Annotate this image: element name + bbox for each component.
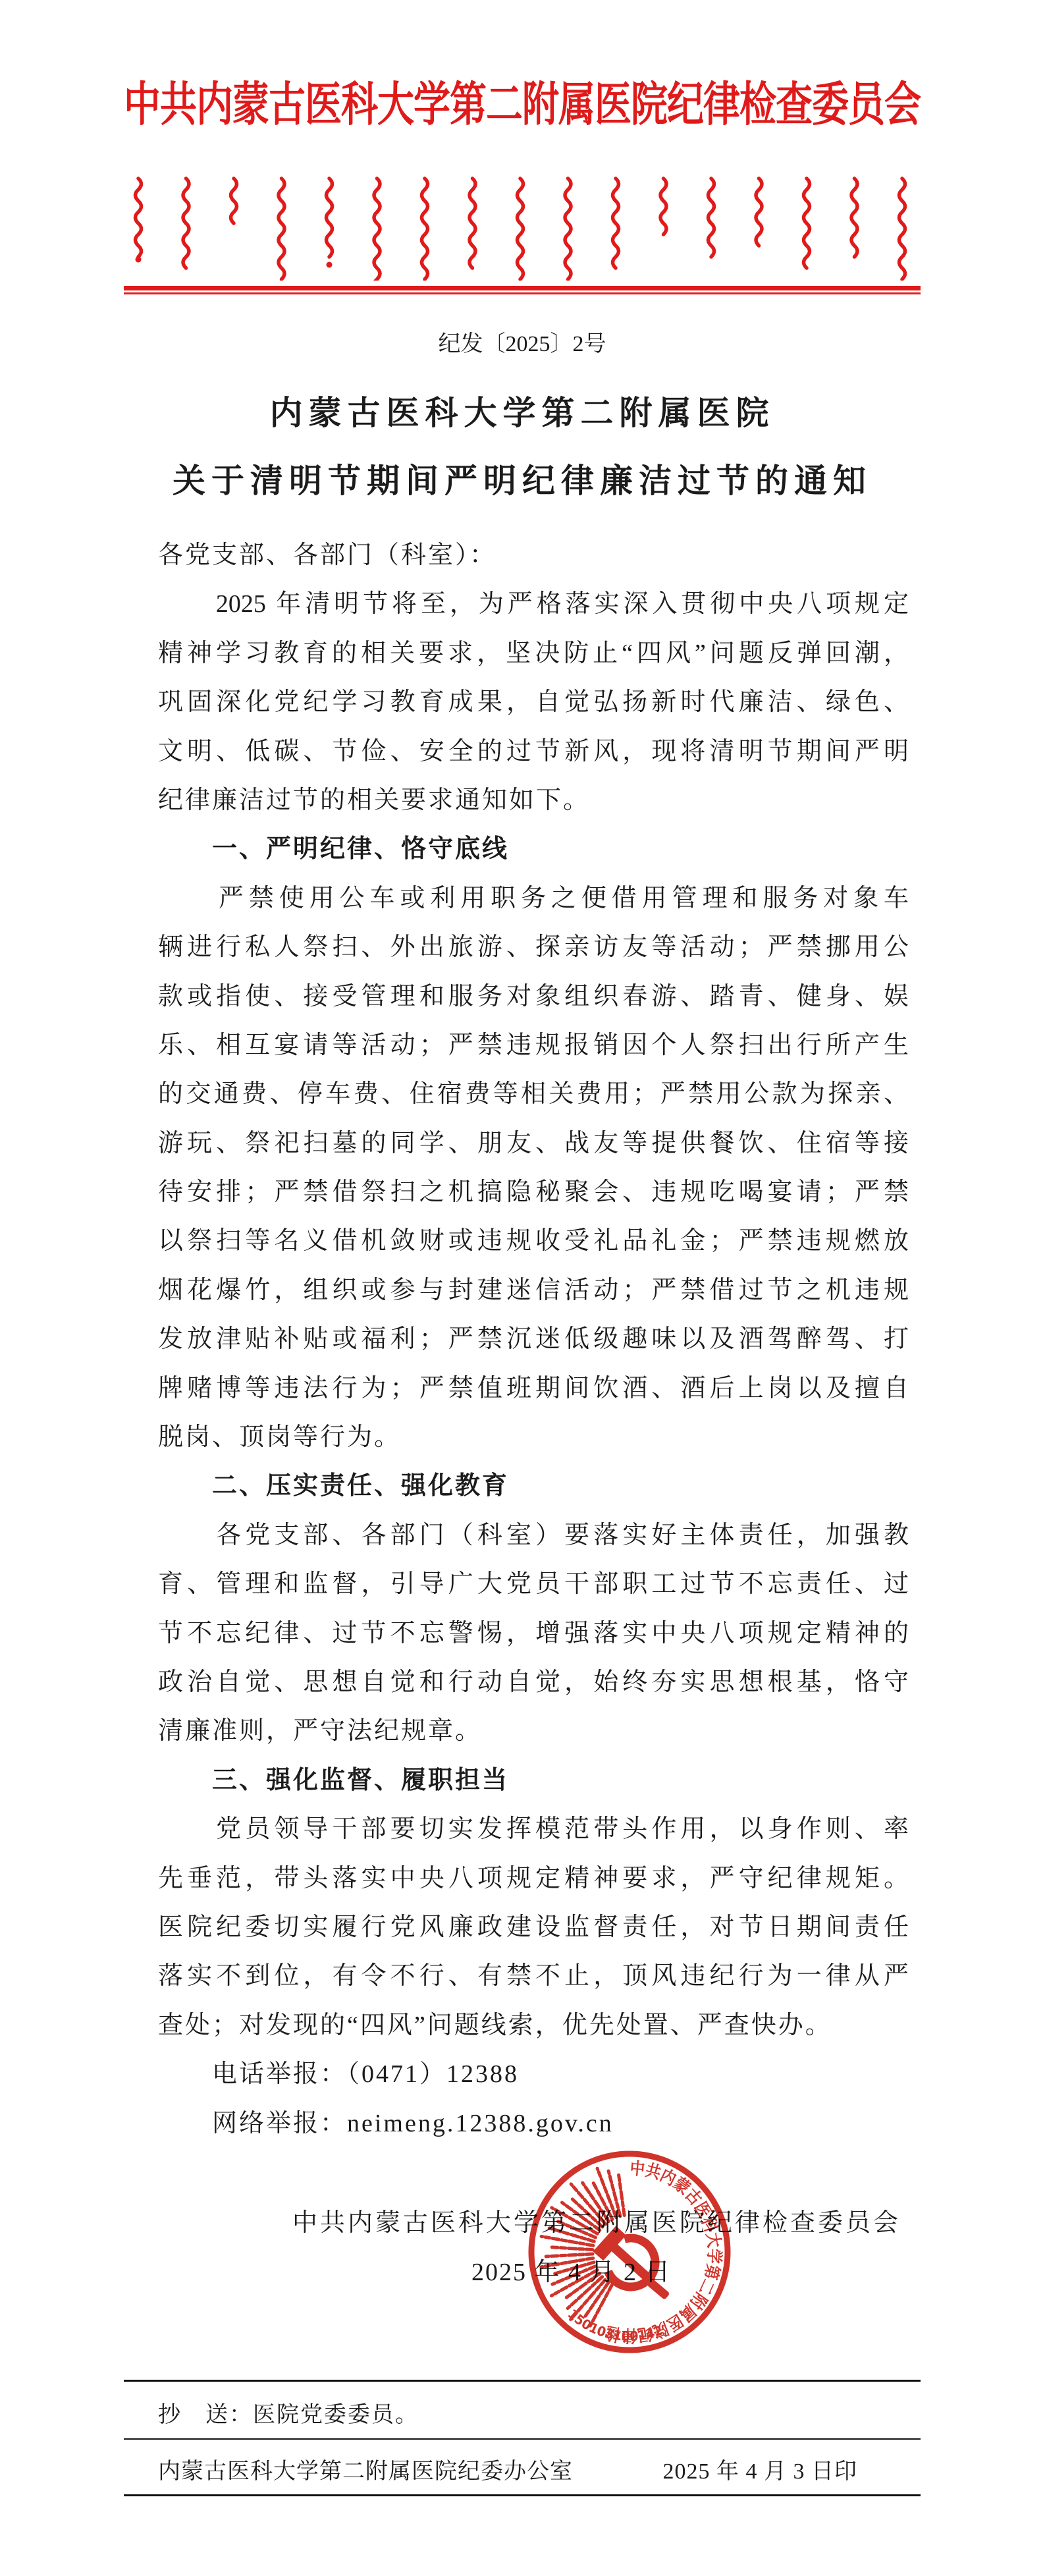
mongolian-column-dot bbox=[899, 281, 905, 281]
body-line: 网络举报：neimeng.12388.gov.cn bbox=[158, 2099, 909, 2148]
body-line: 电话举报：（0471）12388 bbox=[158, 2050, 909, 2098]
body-line: 各党支部、各部门（科室）要落实好主体责任，加强教 bbox=[158, 1511, 909, 1560]
doc-title-subject: 关于清明节期间严明纪律廉洁过节的通知 bbox=[124, 460, 921, 501]
body-line: 清廉准则，严守法纪规章。 bbox=[158, 1707, 909, 1755]
body-line: 二、压实责任、强化教育 bbox=[158, 1462, 909, 1510]
cc-line: 抄 送：医院党委委员。 bbox=[124, 2395, 921, 2436]
document-page: 中共内蒙古医科大学第二附属医院纪律检查委员会 纪发〔2025〕2号 内蒙古医科大… bbox=[0, 0, 1045, 2576]
red-rule-thin bbox=[124, 292, 921, 294]
mongolian-column-dot bbox=[136, 257, 142, 263]
mongolian-column bbox=[899, 178, 905, 279]
print-date: 2025 年 4 月 3 日印 bbox=[663, 2452, 858, 2492]
body-line: 政治自觉、思想自觉和行动自觉，始终夯实思想根基，恪守 bbox=[158, 1658, 909, 1707]
mongolian-column bbox=[851, 178, 857, 257]
body-line: 2025 年清明节将至，为严格落实深入贯彻中央八项规定 bbox=[158, 580, 909, 628]
body-line: 育、管理和监督，引导广大党员干部职工过节不忘责任、过 bbox=[158, 1560, 909, 1608]
mongolian-column bbox=[469, 178, 475, 268]
body-line: 各党支部、各部门（科室）： bbox=[158, 531, 909, 580]
body-line: 落实不到位，有令不行、有禁不止，顶风违纪行为一律从严 bbox=[158, 1952, 909, 2000]
body-line: 党员领导干部要切实发挥模范带头作用，以身作则、率 bbox=[158, 1805, 909, 1853]
footer-rule-bottom bbox=[124, 2494, 921, 2496]
seal-outer-ring bbox=[531, 2154, 728, 2350]
mongolian-column bbox=[231, 178, 237, 223]
red-header-org-title: 中共内蒙古医科大学第二附属医院纪律检查委员会 bbox=[124, 70, 921, 141]
body-line: 文明、低碳、节俭、安全的过节新风，现将清明节期间严明 bbox=[158, 727, 909, 776]
body-line: 三、强化监督、履职担当 bbox=[158, 1756, 909, 1805]
body-line: 的交通费、停车费、住宿费等相关费用；严禁用公款为探亲、 bbox=[158, 1070, 909, 1118]
body-line: 款或指使、接受管理和服务对象组织春游、踏青、健身、娱 bbox=[158, 972, 909, 1021]
doc-number: 纪发〔2025〕2号 bbox=[124, 329, 921, 360]
body-line: 发放津贴补贴或福利；严禁沉迷低级趣味以及酒驾醉驾、打 bbox=[158, 1315, 909, 1363]
body-line: 医院纪委切实履行党风廉政建设监督责任，对节日期间责任 bbox=[158, 1903, 909, 1952]
body-line: 乐、相互宴请等活动；严禁违规报销因个人祭扫出行所产生 bbox=[158, 1021, 909, 1070]
official-seal: 中共内蒙古医科大学第二附属医院纪律检查委员会 15010310014247 bbox=[523, 2146, 736, 2358]
body-line: 先垂范，带头落实中央八项规定精神要求，严守纪律规矩。 bbox=[158, 1854, 909, 1903]
mongolian-column bbox=[804, 178, 810, 268]
print-line: 内蒙古医科大学第二附属医院纪委办公室 2025 年 4 月 3 日印 bbox=[124, 2452, 921, 2492]
mongolian-column-dot bbox=[327, 262, 333, 268]
mongolian-column bbox=[613, 178, 619, 268]
body-line: 查处；对发现的“四风”问题线索，优先处置、严查快办。 bbox=[158, 2001, 909, 2050]
print-office: 内蒙古医科大学第二附属医院纪委办公室 bbox=[158, 2452, 573, 2492]
mongolian-column bbox=[183, 178, 189, 268]
body-line: 节不忘纪律、过节不忘警惕，增强落实中央八项规定精神的 bbox=[158, 1609, 909, 1658]
mongolian-column bbox=[327, 178, 333, 257]
body-line: 以祭扫等名义借机敛财或违规收受礼品礼金；严禁违规燃放 bbox=[158, 1217, 909, 1265]
body-line: 牌赌博等违法行为；严禁值班期间饮酒、酒后上岗以及擅自 bbox=[158, 1364, 909, 1413]
body-line: 游玩、祭祀扫墓的同学、朋友、战友等提供餐饮、住宿等接 bbox=[158, 1119, 909, 1168]
red-rule-thick bbox=[124, 286, 921, 290]
red-separator-rule bbox=[124, 286, 921, 294]
mongolian-column bbox=[374, 178, 380, 281]
mongolian-column bbox=[756, 178, 762, 246]
body-line: 巩固深化党纪学习教育成果，自觉弘扬新时代廉洁、绿色、 bbox=[158, 678, 909, 726]
body-line: 烟花爆竹，组织或参与封建迷信活动；严禁借过节之机违规 bbox=[158, 1266, 909, 1315]
body-line: 一、严明纪律、恪守底线 bbox=[158, 825, 909, 873]
body-line: 纪律廉洁过节的相关要求通知如下。 bbox=[158, 776, 909, 825]
mongolian-column bbox=[279, 178, 284, 279]
body-line: 严禁使用公车或利用职务之便借用管理和服务对象车 bbox=[158, 874, 909, 923]
body-line: 辆进行私人祭扫、外出旅游、探亲访友等活动；严禁挪用公 bbox=[158, 923, 909, 972]
mongolian-column bbox=[660, 178, 666, 234]
footer-rule-top bbox=[124, 2380, 921, 2382]
mongolian-column bbox=[709, 178, 714, 257]
mongolian-column bbox=[422, 178, 428, 279]
doc-title-org: 内蒙古医科大学第二附属医院 bbox=[124, 393, 921, 433]
body-line: 待安排；严禁借祭扫之机搞隐秘聚会、违规吃喝宴请；严禁 bbox=[158, 1168, 909, 1217]
body-text: 各党支部、各部门（科室）： 2025 年清明节将至，为严格落实深入贯彻中央八项规… bbox=[158, 531, 909, 2148]
body-line: 脱岗、顶岗等行为。 bbox=[158, 1413, 909, 1462]
mongolian-column bbox=[136, 178, 142, 257]
mongolian-column bbox=[518, 178, 523, 279]
body-line: 精神学习教育的相关要求，坚决防止“四风”问题反弹回潮， bbox=[158, 629, 909, 678]
mongolian-column bbox=[565, 178, 571, 279]
mongolian-script-band bbox=[124, 175, 921, 281]
footer-rule-middle bbox=[124, 2438, 921, 2440]
